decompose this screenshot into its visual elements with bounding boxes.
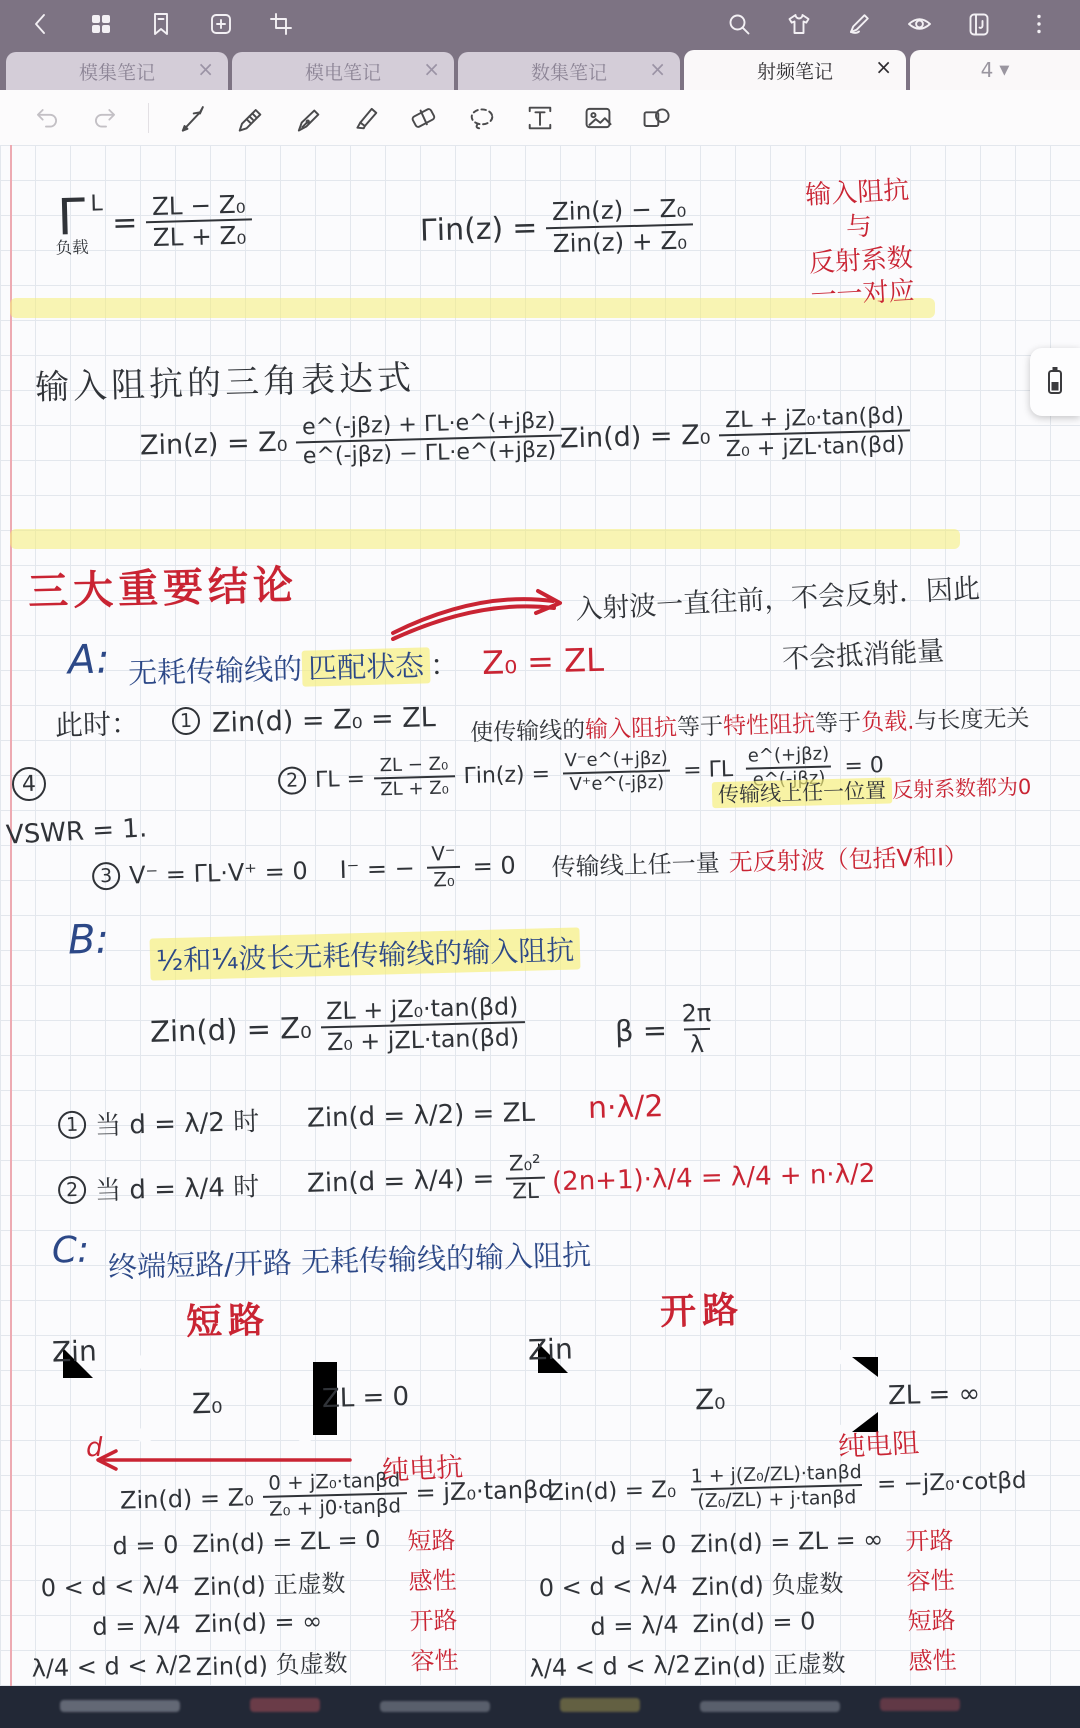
row-no-reflected-wave: 3 V⁻ = ΓL·V⁺ = 0 I⁻ = − V⁻Z₀ = 0 传输线上任一量… [91, 829, 968, 902]
search-button[interactable] [724, 9, 754, 39]
redo-icon [90, 103, 120, 133]
margin-line [10, 145, 12, 1686]
highlight-bar [10, 529, 960, 549]
formula-zin-tangent: Zin(d) = Z₀ ZL + jZ₀·tan(βd)Z₀ + jZL·tan… [559, 402, 911, 467]
shapes-tool[interactable] [639, 101, 673, 135]
top-toolbar-left [26, 9, 296, 39]
tab-close-icon[interactable]: × [649, 59, 666, 79]
tab-label: 模电笔记 [305, 58, 381, 85]
section-b-title: ½和¼波长无耗传输线的输入阻抗 [150, 927, 581, 980]
section-c-title: 终端短路/开路 无耗传输线的输入阻抗 [108, 1233, 592, 1287]
formula-gamma-load: Γ负载 L = ZL − Z₀ZL + Z₀ [54, 187, 253, 257]
drawing-toolbar [0, 90, 1080, 146]
eraser-icon [408, 102, 440, 134]
note-n-half-lambda: n·λ/2 [588, 1089, 664, 1126]
toolbar-divider [148, 103, 149, 133]
fountain-pen-icon [292, 102, 324, 134]
label-z0-right: Z₀ [695, 1383, 726, 1417]
top-toolbar-right [724, 9, 1054, 39]
label-zin-right: Zin [528, 1332, 574, 1366]
label-short-circuit: 短路 [185, 1292, 270, 1345]
section-a-marker: A: [67, 636, 110, 683]
label-pure-reactance: 纯电抗 [381, 1445, 464, 1488]
text-tool[interactable] [523, 101, 557, 135]
text-box-icon [524, 102, 556, 134]
pencil-icon [234, 102, 266, 134]
preview-smudge [250, 1698, 320, 1712]
item-1-marker: 1 [172, 707, 201, 736]
tab-count-value: 4 [981, 58, 994, 82]
tab-close-icon[interactable]: × [197, 59, 214, 79]
d-arrow [90, 1447, 355, 1473]
tab-close-icon[interactable]: × [423, 59, 440, 79]
formula-gamma-in: Γin(z) = Zin(z) − Z₀Zin(z) + Z₀ [419, 193, 693, 261]
theme-button[interactable] [784, 9, 814, 39]
lasso-icon [466, 102, 498, 134]
crop-icon [268, 11, 294, 37]
label-open-circuit: 开路 [659, 1282, 744, 1335]
label-at-this-time: 此时： [54, 702, 139, 744]
note-quarter-lambda-series: (2n+1)·λ/4 = λ/4 + n·λ/2 [552, 1159, 876, 1197]
tab-shuji-notes[interactable]: 数集笔记 × [458, 52, 680, 90]
formula-matched-zin: Zin(d) = Z₀ = ZL [212, 702, 437, 739]
back-button[interactable] [26, 9, 56, 39]
red-margin-note: 输入阻抗 与 反射系数 一一对应 [805, 174, 916, 314]
eye-icon [906, 11, 932, 37]
redo-button[interactable] [88, 101, 122, 135]
chevron-left-icon [28, 11, 54, 37]
pencil-tool[interactable] [233, 101, 267, 135]
formula-zin-exponential: Zin(z) = Z₀ e^(-jβz) + ΓL·e^(+jβz)e^(-jβ… [139, 407, 562, 474]
condition-z0-equals-zl: Z₀ = ZL [482, 641, 605, 682]
shapes-icon [640, 102, 672, 134]
preview-smudge [380, 1701, 490, 1712]
preview-smudge [560, 1698, 640, 1712]
bookmark-icon [148, 11, 174, 37]
section-c-marker: C: [51, 1230, 89, 1272]
note-canvas[interactable]: Γ负载 L = ZL − Z₀ZL + Z₀ Γin(z) = Zin(z) −… [0, 145, 1080, 1686]
pages-grid-button[interactable] [86, 9, 116, 39]
label-z0-left: Z₀ [192, 1387, 223, 1421]
preview-smudge [60, 1700, 180, 1712]
section-a-title: 无耗传输线的匹配状态： Z₀ = ZL [128, 639, 605, 692]
formula-open-zin: Zin(d) = Z₀ 1 + j(Z₀/ZL)·tanβd(Z₀/ZL) + … [547, 1457, 1027, 1518]
label-zin-left: Zin [52, 1334, 98, 1368]
ballpoint-pen-icon [176, 102, 208, 134]
view-mode-button[interactable] [904, 9, 934, 39]
pencil-widget[interactable] [1030, 348, 1080, 416]
open-circuit-case-table: d = 0Zin(d) = ZL = ∞开路 0 < d < λ/4Zin(d)… [526, 1517, 957, 1686]
highlight-bar [10, 298, 935, 318]
preview-smudge [700, 1701, 840, 1712]
section-b-marker: B: [67, 916, 109, 963]
more-menu-button[interactable] [1024, 9, 1054, 39]
ballpoint-pen-tool[interactable] [175, 101, 209, 135]
tab-label: 射频笔记 [757, 57, 833, 84]
image-icon [582, 102, 614, 134]
undo-icon [32, 103, 62, 133]
note-incident-wave: 入射波一直往前，不会反射．因此 [574, 566, 980, 626]
item-4-marker: 4 [12, 767, 47, 802]
kebab-menu-icon [1026, 11, 1052, 37]
label-zl-short: ZL = 0 [322, 1382, 410, 1414]
journal-icon [966, 11, 992, 37]
next-page-preview [0, 1686, 1080, 1728]
pen-icon [846, 11, 872, 37]
row-quarter-wavelength: 2 当 d = λ/4 时 Zin(d = λ/4) = Z₀²ZL [57, 1151, 547, 1218]
highlighter-tool[interactable] [349, 101, 383, 135]
chevron-down-icon: ▼ [999, 63, 1009, 78]
label-d-left: d [86, 1433, 103, 1463]
preview-smudge [880, 1698, 960, 1711]
highlighter-icon [350, 102, 382, 134]
tab-moji-notes[interactable]: 模集笔记 × [6, 52, 228, 90]
tab-overflow-count[interactable]: 4 ▼ [910, 50, 1080, 90]
heading-three-conclusions: 三大重要结论 [27, 553, 298, 617]
lasso-tool[interactable] [465, 101, 499, 135]
formula-zin-general: Zin(d) = Z₀ ZL + jZ₀·tan(βd)Z₀ + jZL·tan… [149, 992, 525, 1061]
edit-mode-button[interactable] [844, 9, 874, 39]
eraser-tool[interactable] [407, 101, 441, 135]
formula-vswr: VSWR = 1. [5, 813, 148, 850]
top-toolbar [0, 0, 1080, 48]
row-half-wavelength: 1 当 d = λ/2 时 Zin(d = λ/2) = ZL [58, 1094, 536, 1143]
note-matched-meaning: 使传输线的输入阻抗等于特性阻抗等于负载.与长度无关 [470, 700, 1030, 748]
tab-close-icon[interactable]: × [875, 57, 892, 77]
bookmark-button[interactable] [146, 9, 176, 39]
image-tool[interactable] [581, 101, 615, 135]
crop-button[interactable] [266, 9, 296, 39]
undo-button[interactable] [30, 101, 64, 135]
battery-icon [1040, 363, 1070, 401]
tab-modian-notes[interactable]: 模电笔记 × [232, 52, 454, 90]
tab-bar: 模集笔记 × 模电笔记 × 数集笔记 × 射频笔记 × 4 ▼ [0, 48, 1080, 90]
journal-button[interactable] [964, 9, 994, 39]
red-arrow [388, 583, 573, 641]
tab-rf-notes-active[interactable]: 射频笔记 × [684, 50, 906, 90]
label-zl-open: ZL = ∞ [888, 1379, 981, 1411]
label-pure-resistance: 纯电阻 [837, 1421, 920, 1464]
short-circuit-case-table: d = 0Zin(d) = ZL = 0短路 0 < d < λ/4Zin(d)… [28, 1517, 459, 1686]
search-icon [726, 11, 752, 37]
tshirt-icon [786, 11, 812, 37]
fountain-pen-tool[interactable] [291, 101, 325, 135]
note-no-cancel: 不会抵消能量 [781, 629, 945, 676]
notes-app: 模集笔记 × 模电笔记 × 数集笔记 × 射频笔记 × 4 ▼ [0, 0, 1080, 1728]
grid-icon [88, 11, 114, 37]
plus-square-icon [208, 11, 234, 37]
tab-label: 数集笔记 [531, 58, 607, 85]
formula-short-zin: Zin(d) = Z₀ 0 + jZ₀·tanβdZ₀ + j0·tanβd =… [119, 1464, 554, 1525]
formula-beta: β = 2πλ [614, 999, 718, 1061]
add-page-button[interactable] [206, 9, 236, 39]
heading-triangle-expression: 输入阻抗的三角表达式 [34, 350, 415, 409]
tab-label: 模集笔记 [79, 58, 155, 85]
